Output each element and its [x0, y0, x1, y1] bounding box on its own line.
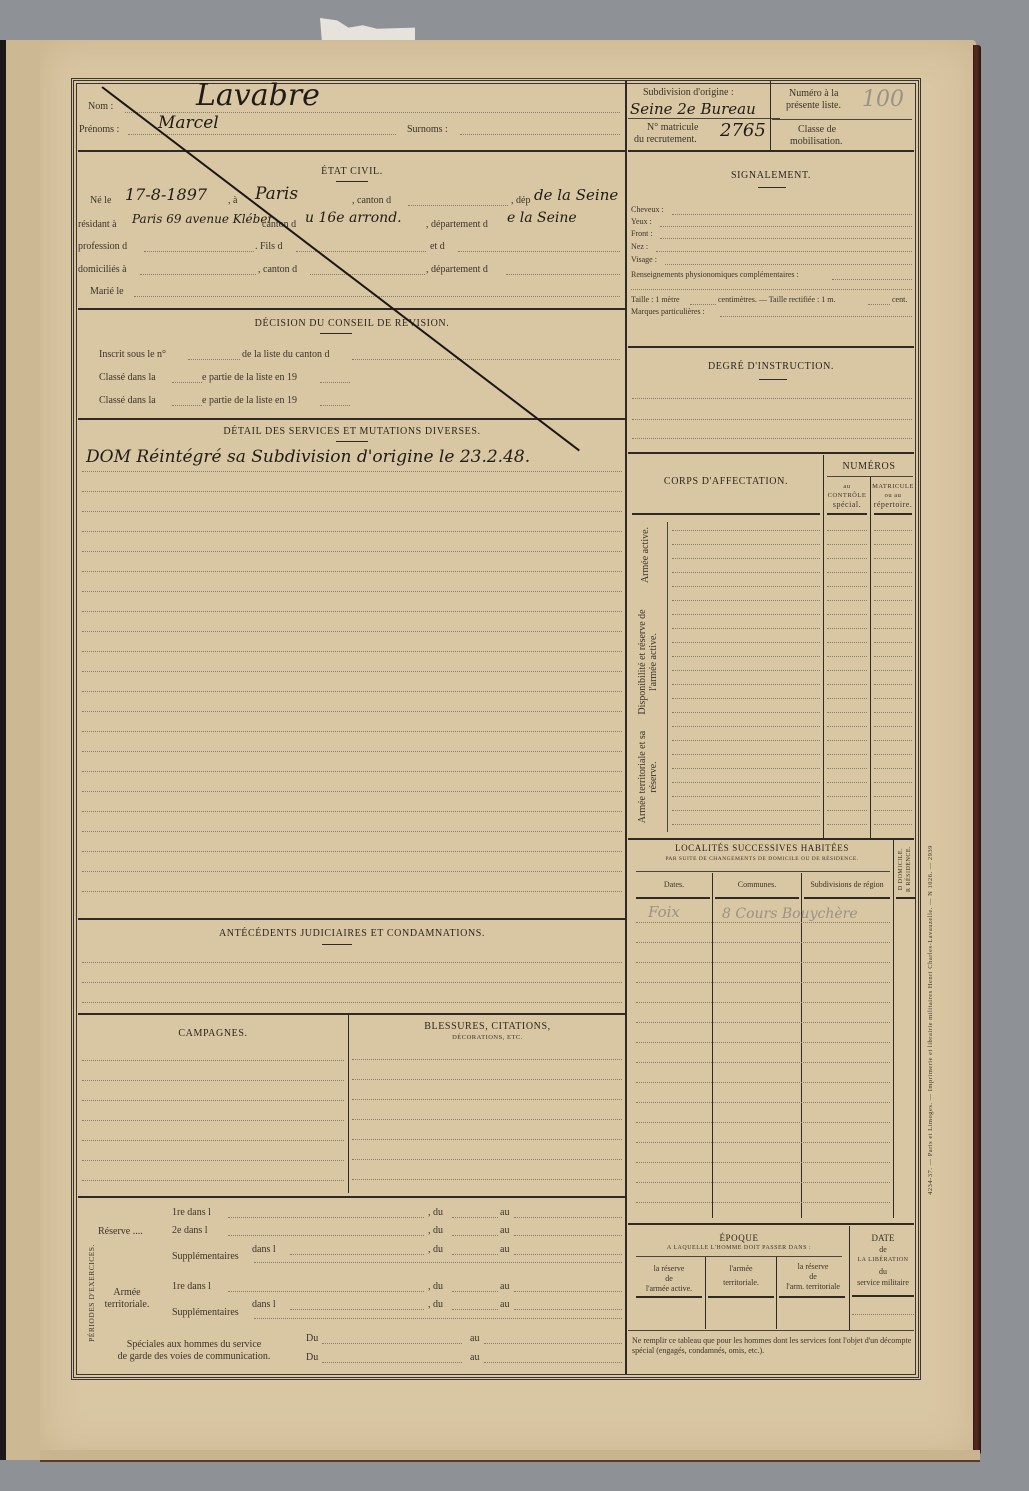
speciales-au-1: au	[470, 1333, 479, 1344]
periode-du-label: , du	[428, 1244, 443, 1255]
epoque-note: Ne remplir ce tableau que pour les homme…	[632, 1336, 914, 1356]
periodes-side-label: PÉRIODES D'EXERCICES.	[87, 1238, 96, 1348]
partie-2-label: e partie de la liste en 19	[202, 395, 297, 406]
epoque-title: ÉPOQUE	[632, 1233, 846, 1243]
epoque-subtitle: A LAQUELLE L'HOMME DOIT PASSER DANS :	[632, 1245, 846, 1251]
signalement-renseignements: Renseignements physionomiques complément…	[631, 270, 799, 279]
side-label-disponibilite: Disponibilité et réserve de l'armée acti…	[637, 602, 659, 722]
classe-1-label: Classé dans la	[99, 372, 156, 383]
surnoms-label: Surnoms :	[407, 124, 448, 135]
reserve-supp-dans: dans l	[252, 1244, 276, 1255]
territoriale-row-1: 1re dans l	[172, 1281, 211, 1292]
territoriale-supp-dans: dans l	[252, 1299, 276, 1310]
antecedents-title: ANTÉCÉDENTS JUDICIAIRES ET CONDAMNATIONS…	[78, 928, 626, 939]
left-page-binding	[0, 40, 6, 1460]
canton-label: , canton d	[352, 195, 391, 206]
localites-col-communes: Communes.	[713, 880, 801, 889]
corps-affectation-title: CORPS D'AFFECTATION.	[628, 476, 824, 487]
classe-label-1: Classe de	[798, 124, 836, 135]
numeros-title: NUMÉROS	[824, 461, 914, 472]
numero-value: 100	[862, 87, 904, 112]
profession-label: profession d	[78, 241, 127, 252]
classe-label-2: mobilisation.	[790, 136, 843, 147]
nom-label: Nom :	[88, 101, 113, 112]
subdivision-label: Subdivision d'origine :	[643, 87, 734, 98]
page-edge-binding	[973, 45, 981, 1455]
periode-du-label: , du	[428, 1281, 443, 1292]
page-bottom-edge	[40, 1450, 980, 1462]
signalement-front: Front :	[631, 229, 653, 238]
matricule-value: 2765	[720, 120, 766, 141]
dep-value: de la Seine	[534, 186, 618, 204]
ne-a-label: , à	[228, 195, 237, 206]
epoque-col-reserve-territoriale: la réserve de l'arm. territoriale	[777, 1262, 849, 1292]
left-facing-page	[0, 40, 42, 1460]
taille-label: Taille : 1 mètre	[631, 295, 680, 304]
periode-du-label: , du	[428, 1225, 443, 1236]
blessures-title: BLESSURES, CITATIONS,	[349, 1021, 626, 1032]
taille-cent-label: cent.	[892, 295, 907, 304]
localites-col-subdivisions: Subdivisions de région	[802, 880, 892, 889]
reserve-supplementaires-label: Supplémentaires	[172, 1251, 239, 1262]
reserve-label: Réserve ....	[98, 1226, 143, 1237]
speciales-label: Spéciales aux hommes du service de garde…	[96, 1339, 292, 1363]
marie-label: Marié le	[90, 286, 124, 297]
signalement-title: SIGNALEMENT.	[628, 170, 914, 181]
fils-label: . Fils d	[255, 241, 283, 252]
periode-au-label: au	[500, 1244, 509, 1255]
canton3-label: , canton d	[258, 264, 297, 275]
numero-label-2: présente liste.	[786, 100, 841, 111]
torn-paper-tab	[320, 18, 415, 42]
et-label: et d	[430, 241, 445, 252]
residant-value: Paris 69 avenue Kléber	[132, 212, 273, 226]
side-label-territoriale: Armée territoriale et sa réserve.	[637, 722, 659, 832]
reserve-row-1: 1re dans l	[172, 1207, 211, 1218]
ne-lieu: Paris	[255, 184, 298, 204]
campagnes-title: CAMPAGNES.	[78, 1028, 348, 1039]
domicilies-label: domiciliés à	[78, 264, 127, 275]
ne-date: 17-8-1897	[125, 185, 207, 204]
localites-side-column: D DOMICILE. R RÉSIDENCE.	[897, 840, 913, 898]
marques-label: Marques particulières :	[631, 307, 705, 316]
signalement-visage: Visage :	[631, 255, 657, 264]
epoque-col-territoriale: l'armée territoriale.	[706, 1262, 776, 1290]
side-label-armee-active: Armée active.	[640, 510, 651, 600]
signalement-yeux: Yeux :	[631, 217, 652, 226]
periode-au-label: au	[500, 1207, 509, 1218]
periode-au-label: au	[500, 1225, 509, 1236]
canton2-value: u 16e arrond.	[305, 210, 402, 226]
nom-value: Lavabre	[196, 78, 320, 113]
ne-label: Né le	[90, 195, 111, 206]
departement-label: , département d	[426, 219, 488, 230]
prenoms-label: Prénoms :	[79, 124, 119, 135]
periode-du-label: , du	[428, 1299, 443, 1310]
printer-imprint: 4234-37. — Paris et Limoges. — Imprimeri…	[927, 740, 934, 1300]
matricule-label-2: du recrutement.	[634, 134, 697, 145]
localites-subtitle: PAR SUITE DE CHANGEMENTS DE DOMICILE OU …	[630, 856, 894, 862]
signalement-cheveux: Cheveux :	[631, 205, 664, 214]
localites-title: LOCALITÉS SUCCESSIVES HABITÉES	[630, 843, 894, 853]
etat-civil-title: ÉTAT CIVIL.	[78, 166, 626, 177]
partie-1-label: e partie de la liste en 19	[202, 372, 297, 383]
departement3-label: , département d	[426, 264, 488, 275]
periode-au-label: au	[500, 1299, 509, 1310]
signalement-nez: Nez :	[631, 242, 648, 251]
numero-label-1: Numéro à la	[789, 88, 838, 99]
reserve-row-2: 2e dans l	[172, 1225, 208, 1236]
matricule-label-1: N° matricule	[647, 122, 698, 133]
speciales-du-1: Du	[306, 1333, 318, 1344]
prenoms-value: Marcel	[158, 113, 219, 133]
inscrit-label: Inscrit sous le n°	[99, 349, 166, 360]
liste-canton-label: de la liste du canton d	[242, 349, 329, 360]
epoque-col-reserve-active: la réserve de l'armée active.	[634, 1264, 704, 1294]
taille-centimetres-label: centimètres. — Taille rectifiée : 1 m.	[718, 295, 835, 304]
localites-col-dates: Dates.	[636, 880, 712, 889]
departement-value: e la Seine	[507, 210, 577, 226]
periode-au-label: au	[500, 1281, 509, 1292]
classe-2-label: Classé dans la	[99, 395, 156, 406]
localites-row-1-date: Foix	[648, 903, 680, 921]
conseil-revision-title: DÉCISION DU CONSEIL DE REVISION.	[78, 318, 626, 329]
blessures-subtitle: DÉCORATIONS, ETC.	[349, 1034, 626, 1041]
col-matricule: MATRICULE ou au répertoire.	[871, 482, 915, 509]
territoriale-supplementaires-label: Supplémentaires	[172, 1307, 239, 1318]
dep-label: , dép	[511, 195, 530, 206]
date-liberation-header: DATE de LA LIBÉRATION du service militai…	[850, 1233, 916, 1288]
instruction-title: DEGRÉ D'INSTRUCTION.	[628, 361, 914, 372]
residant-label: résidant à	[78, 219, 117, 230]
territoriale-label: Armée territoriale.	[98, 1287, 156, 1311]
services-entry: DOM Réintégré sa Subdivision d'origine l…	[86, 447, 530, 467]
speciales-du-2: Du	[306, 1352, 318, 1363]
speciales-au-2: au	[470, 1352, 479, 1363]
col-controle: au CONTRÔLE spécial.	[824, 482, 870, 509]
services-title: DÉTAIL DES SERVICES ET MUTATIONS DIVERSE…	[78, 426, 626, 437]
subdivision-value: Seine 2e Bureau	[630, 100, 756, 118]
periode-du-label: , du	[428, 1207, 443, 1218]
